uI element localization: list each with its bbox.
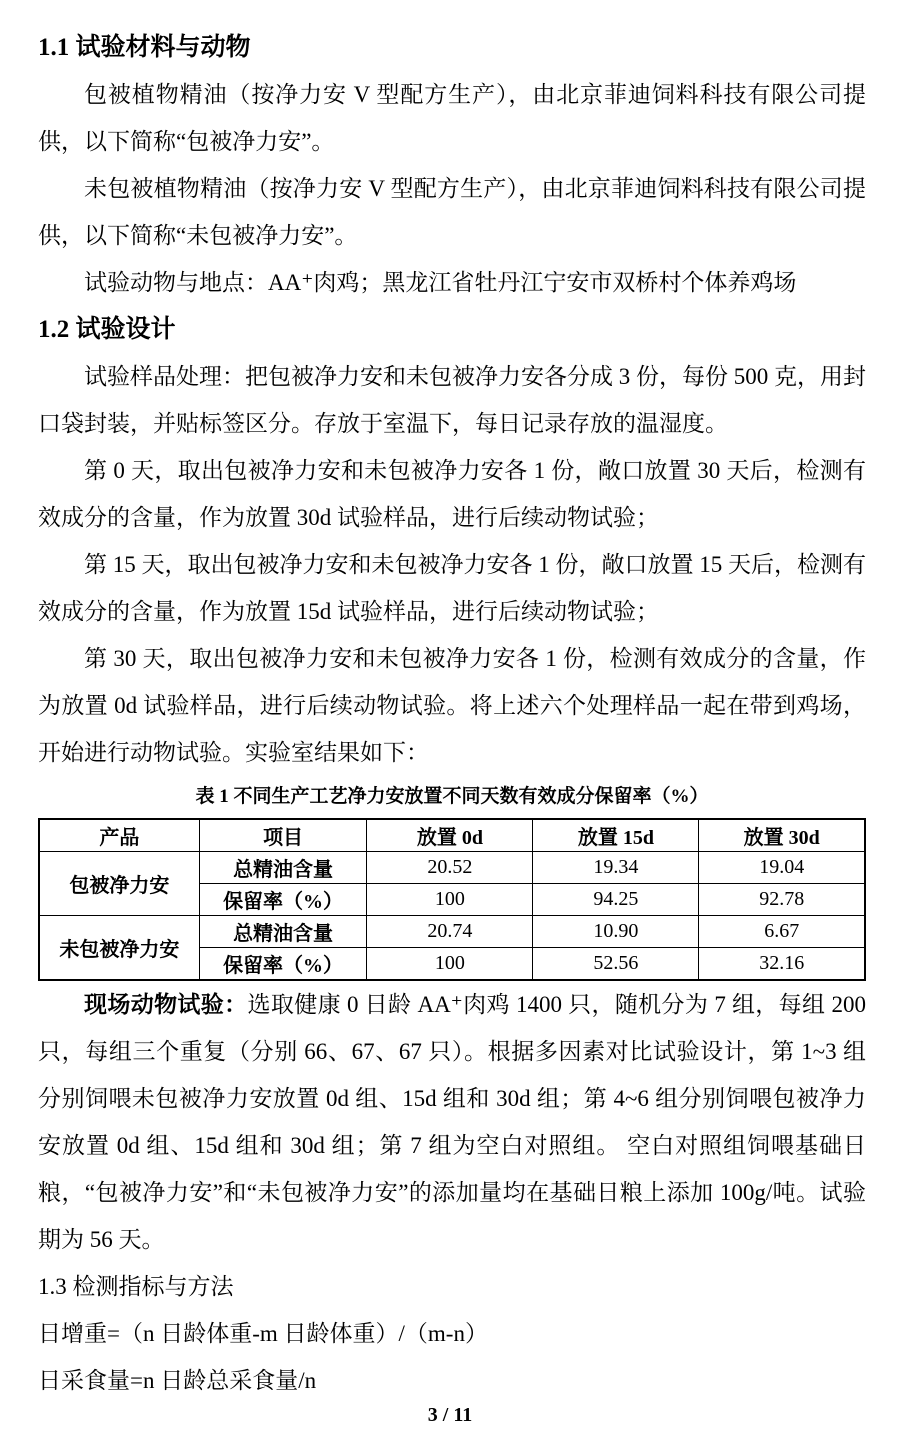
table-cell-item: 总精油含量 xyxy=(199,852,367,884)
paragraph-day15: 第 15 天，取出包被净力安和未包被净力安各 1 份，敞口放置 15 天后，检测… xyxy=(38,541,866,635)
formula-daily-intake: 日采食量=n 日龄总采食量/n xyxy=(38,1357,866,1404)
retention-rate-table: 产品 项目 放置 0d 放置 15d 放置 30d 包被净力安 总精油含量 20… xyxy=(38,818,866,981)
table-cell-item: 总精油含量 xyxy=(199,916,367,948)
table-cell-value: 32.16 xyxy=(699,948,865,981)
table-cell-item: 保留率（%） xyxy=(199,948,367,981)
table-cell-value: 100 xyxy=(367,948,533,981)
table-cell-value: 20.74 xyxy=(367,916,533,948)
paragraph-field-trial: 现场动物试验：选取健康 0 日龄 AA⁺肉鸡 1400 只，随机分为 7 组，每… xyxy=(38,981,866,1263)
document-page: 1.1 试验材料与动物 包被植物精油（按净力安 V 型配方生产），由北京菲迪饲料… xyxy=(0,0,900,1443)
table-row: 未包被净力安 总精油含量 20.74 10.90 6.67 xyxy=(39,916,865,948)
col-header-15d: 放置 15d xyxy=(533,819,699,852)
col-header-30d: 放置 30d xyxy=(699,819,865,852)
table-cell-value: 19.34 xyxy=(533,852,699,884)
table-header-row: 产品 项目 放置 0d 放置 15d 放置 30d xyxy=(39,819,865,852)
table-cell-value: 92.78 xyxy=(699,884,865,916)
col-header-product: 产品 xyxy=(39,819,199,852)
table-cell-value: 100 xyxy=(367,884,533,916)
table-cell-value: 20.52 xyxy=(367,852,533,884)
section-heading-1-1: 1.1 试验材料与动物 xyxy=(38,24,866,71)
row-group-coated: 包被净力安 xyxy=(39,852,199,916)
section-heading-1-2: 1.2 试验设计 xyxy=(38,306,866,353)
section-heading-1-3: 1.3 检测指标与方法 xyxy=(38,1263,866,1310)
table-cell-value: 94.25 xyxy=(533,884,699,916)
paragraph-animals-location: 试验动物与地点：AA⁺肉鸡；黑龙江省牡丹江宁安市双桥村个体养鸡场 xyxy=(38,259,866,306)
col-header-item: 项目 xyxy=(199,819,367,852)
paragraph-uncoated-oil: 未包被植物精油（按净力安 V 型配方生产），由北京菲迪饲料科技有限公司提供，以下… xyxy=(38,165,866,259)
formula-daily-gain: 日增重=（n 日龄体重-m 日龄体重）/（m-n） xyxy=(38,1310,866,1357)
table-cell-value: 52.56 xyxy=(533,948,699,981)
table-caption: 表 1 不同生产工艺净力安放置不同天数有效成分保留率（%） xyxy=(38,776,866,818)
table-row: 包被净力安 总精油含量 20.52 19.34 19.04 xyxy=(39,852,865,884)
paragraph-sample-handling: 试验样品处理：把包被净力安和未包被净力安各分成 3 份，每份 500 克，用封口… xyxy=(38,353,866,447)
paragraph-day30: 第 30 天，取出包被净力安和未包被净力安各 1 份，检测有效成分的含量，作为放… xyxy=(38,635,866,776)
paragraph-day0: 第 0 天，取出包被净力安和未包被净力安各 1 份，敞口放置 30 天后，检测有… xyxy=(38,447,866,541)
row-group-uncoated: 未包被净力安 xyxy=(39,916,199,981)
table-cell-value: 19.04 xyxy=(699,852,865,884)
paragraph-coated-oil: 包被植物精油（按净力安 V 型配方生产），由北京菲迪饲料科技有限公司提供，以下简… xyxy=(38,71,866,165)
field-trial-text: 选取健康 0 日龄 AA⁺肉鸡 1400 只，随机分为 7 组，每组 200 只… xyxy=(38,992,866,1252)
table-cell-item: 保留率（%） xyxy=(199,884,367,916)
col-header-0d: 放置 0d xyxy=(367,819,533,852)
page-number: 3 / 11 xyxy=(0,1400,900,1430)
table-cell-value: 10.90 xyxy=(533,916,699,948)
table-cell-value: 6.67 xyxy=(699,916,865,948)
field-trial-lead: 现场动物试验： xyxy=(84,992,248,1017)
